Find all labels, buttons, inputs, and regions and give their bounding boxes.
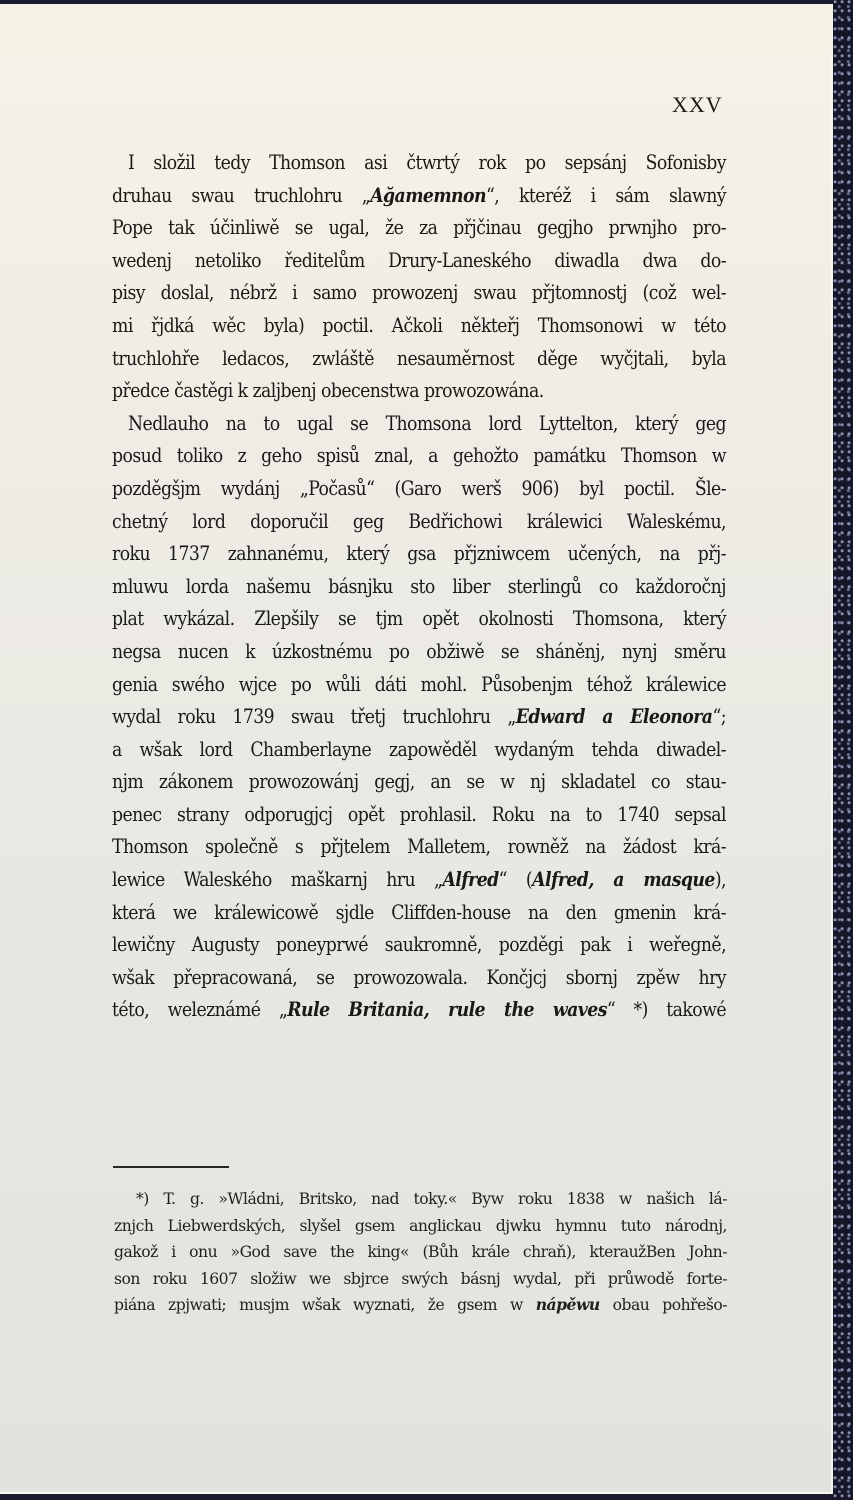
footnote-line: *) T. g. »Wládni, Britsko, nad toky.« By…	[114, 1186, 727, 1213]
title-emphasis: Ağamemnon	[370, 184, 486, 207]
text-span: pozděgšjm wydánj „Počasů“ (Garo werš 906…	[112, 477, 726, 500]
title-emphasis: Alfred	[442, 868, 498, 891]
term-emphasis: nápěwu	[536, 1295, 600, 1314]
text-line: negsa nucen k úzkostnému po obžiwě se sh…	[112, 636, 726, 669]
text-span: pisy doslal, nébrž i samo prowozenj swau…	[112, 281, 726, 304]
text-line: této, weleznámé „Rule Britania, rule the…	[112, 994, 726, 1027]
text-line: wydal roku 1739 swau třetj truchlohru „E…	[112, 701, 726, 734]
text-line: genia swého wjce po wůli dáti mohl. Půso…	[112, 669, 726, 702]
title-emphasis: Edward a Eleonora	[516, 705, 713, 728]
text-span: wedenj netoliko ředitelům Drury-Laneskéh…	[112, 249, 726, 272]
text-line: která we králewicowě sjdle Cliffden-hous…	[112, 897, 726, 930]
text-span: “ *) takowé	[607, 998, 726, 1021]
text-span: plat wykázal. Zlepšily se tjm opět okoln…	[112, 607, 726, 630]
text-span: mi řjdká wěc byla) poctil. Ačkoli někteř…	[112, 314, 726, 337]
footnote-line: son roku 1607 složiw we sbjrce swých bás…	[114, 1266, 727, 1293]
text-span: son roku 1607 složiw we sbjrce swých bás…	[114, 1270, 727, 1288]
text-span: penec strany odporugjcj opět prohlasil. …	[112, 803, 726, 826]
title-emphasis: Alfred, a masque	[532, 868, 715, 891]
text-span: roku 1737 zahnanému, který gsa přjzniwce…	[112, 542, 726, 565]
text-span: negsa nucen k úzkostnému po obžiwě se sh…	[112, 640, 726, 663]
text-span: piána zpjwati; musjm wšak wyznati, že gs…	[114, 1296, 536, 1314]
text-line: Pope tak účinliwě se ugal, že za přjčina…	[112, 212, 726, 245]
text-line: posud toliko z geho spisů znal, a gehožt…	[112, 440, 726, 473]
text-span: wydal roku 1739 swau třetj truchlohru „	[112, 705, 516, 728]
text-line: chetný lord doporučil geg Bedřichowi krá…	[112, 506, 726, 539]
footnote-line: znjch Liebwerdských, slyšel gsem anglick…	[114, 1213, 727, 1240]
text-span: druhau swau truchlohru „	[112, 184, 370, 207]
text-span: ),	[715, 868, 726, 891]
footnote-separator	[113, 1166, 229, 1168]
text-span: lewičny Augusty poneyprwé saukromně, poz…	[112, 933, 726, 956]
text-line: I složil tedy Thomson asi čtwrtý rok po …	[112, 147, 726, 180]
text-span: wšak přepracowaná, se prowozowala. Končj…	[112, 966, 726, 989]
text-span: truchlohře ledacos, zwláště nesauměrnost…	[112, 347, 726, 370]
text-span: mluwu lorda našemu básnjku sto liber ste…	[112, 575, 726, 598]
text-span: a wšak lord Chamberlayne zapowěděl wydan…	[112, 738, 726, 761]
text-line: druhau swau truchlohru „Ağamemnon“, kter…	[112, 180, 726, 213]
text-line: pisy doslal, nébrž i samo prowozenj swau…	[112, 277, 726, 310]
page-number: XXV	[672, 92, 723, 118]
text-span: lewice Waleského maškarnj hru „	[112, 868, 442, 891]
footnote-line: piána zpjwati; musjm wšak wyznati, že gs…	[114, 1292, 727, 1319]
book-spine-edge	[833, 0, 853, 1500]
text-span: “;	[712, 705, 726, 728]
text-line: truchlohře ledacos, zwláště nesauměrnost…	[112, 343, 726, 376]
text-line: předce častěgi k zaljbenj obecenstwa pro…	[112, 375, 726, 408]
text-span: která we králewicowě sjdle Cliffden-hous…	[112, 901, 726, 924]
title-emphasis: Rule Britania, rule the waves	[287, 998, 607, 1021]
text-line: mluwu lorda našemu básnjku sto liber ste…	[112, 571, 726, 604]
text-line: wedenj netoliko ředitelům Drury-Laneskéh…	[112, 245, 726, 278]
text-line: roku 1737 zahnanému, který gsa přjzniwce…	[112, 538, 726, 571]
text-line: njm zákonem prowozowánj gegj, an se w nj…	[112, 766, 726, 799]
text-span: njm zákonem prowozowánj gegj, an se w nj…	[112, 770, 726, 793]
text-span: předce častěgi k zaljbenj obecenstwa pro…	[112, 379, 544, 402]
text-span: “, kteréž i sám slawný	[486, 184, 726, 207]
text-line: lewice Waleského maškarnj hru „Alfred“ (…	[112, 864, 726, 897]
text-span: genia swého wjce po wůli dáti mohl. Půso…	[112, 673, 726, 696]
text-span: Nedlauho na to ugal se Thomsona lord Lyt…	[128, 412, 726, 435]
text-line: lewičny Augusty poneyprwé saukromně, poz…	[112, 929, 726, 962]
text-span: této, weleznámé „	[112, 998, 287, 1021]
text-line: penec strany odporugjcj opět prohlasil. …	[112, 799, 726, 832]
text-span: Thomson společně s přjtelem Malletem, ro…	[112, 835, 726, 858]
text-line: pozděgšjm wydánj „Počasů“ (Garo werš 906…	[112, 473, 726, 506]
text-span: znjch Liebwerdských, slyšel gsem anglick…	[114, 1217, 727, 1235]
text-line: Nedlauho na to ugal se Thomsona lord Lyt…	[112, 408, 726, 441]
text-line: wšak přepracowaná, se prowozowala. Končj…	[112, 962, 726, 995]
main-text-block: I složil tedy Thomson asi čtwrtý rok po …	[112, 147, 726, 1027]
text-span: posud toliko z geho spisů znal, a gehožt…	[112, 444, 726, 467]
text-span: I složil tedy Thomson asi čtwrtý rok po …	[128, 151, 726, 174]
text-line: mi řjdká wěc byla) poctil. Ačkoli někteř…	[112, 310, 726, 343]
text-span: obau pohřešo-	[600, 1296, 727, 1314]
text-span: gakož i onu »God save the king« (Bůh krá…	[114, 1243, 727, 1261]
text-span: Pope tak účinliwě se ugal, že za přjčina…	[112, 216, 726, 239]
text-span: *) T. g. »Wládni, Britsko, nad toky.« By…	[136, 1190, 727, 1208]
text-span: chetný lord doporučil geg Bedřichowi krá…	[112, 510, 726, 533]
text-line: Thomson společně s přjtelem Malletem, ro…	[112, 831, 726, 864]
text-span: “ (	[499, 868, 532, 891]
text-line: plat wykázal. Zlepšily se tjm opět okoln…	[112, 603, 726, 636]
book-page: XXV I složil tedy Thomson asi čtwrtý rok…	[0, 4, 833, 1494]
footnote-line: gakož i onu »God save the king« (Bůh krá…	[114, 1239, 727, 1266]
text-line: a wšak lord Chamberlayne zapowěděl wydan…	[112, 734, 726, 767]
footnote-block: *) T. g. »Wládni, Britsko, nad toky.« By…	[114, 1186, 727, 1319]
